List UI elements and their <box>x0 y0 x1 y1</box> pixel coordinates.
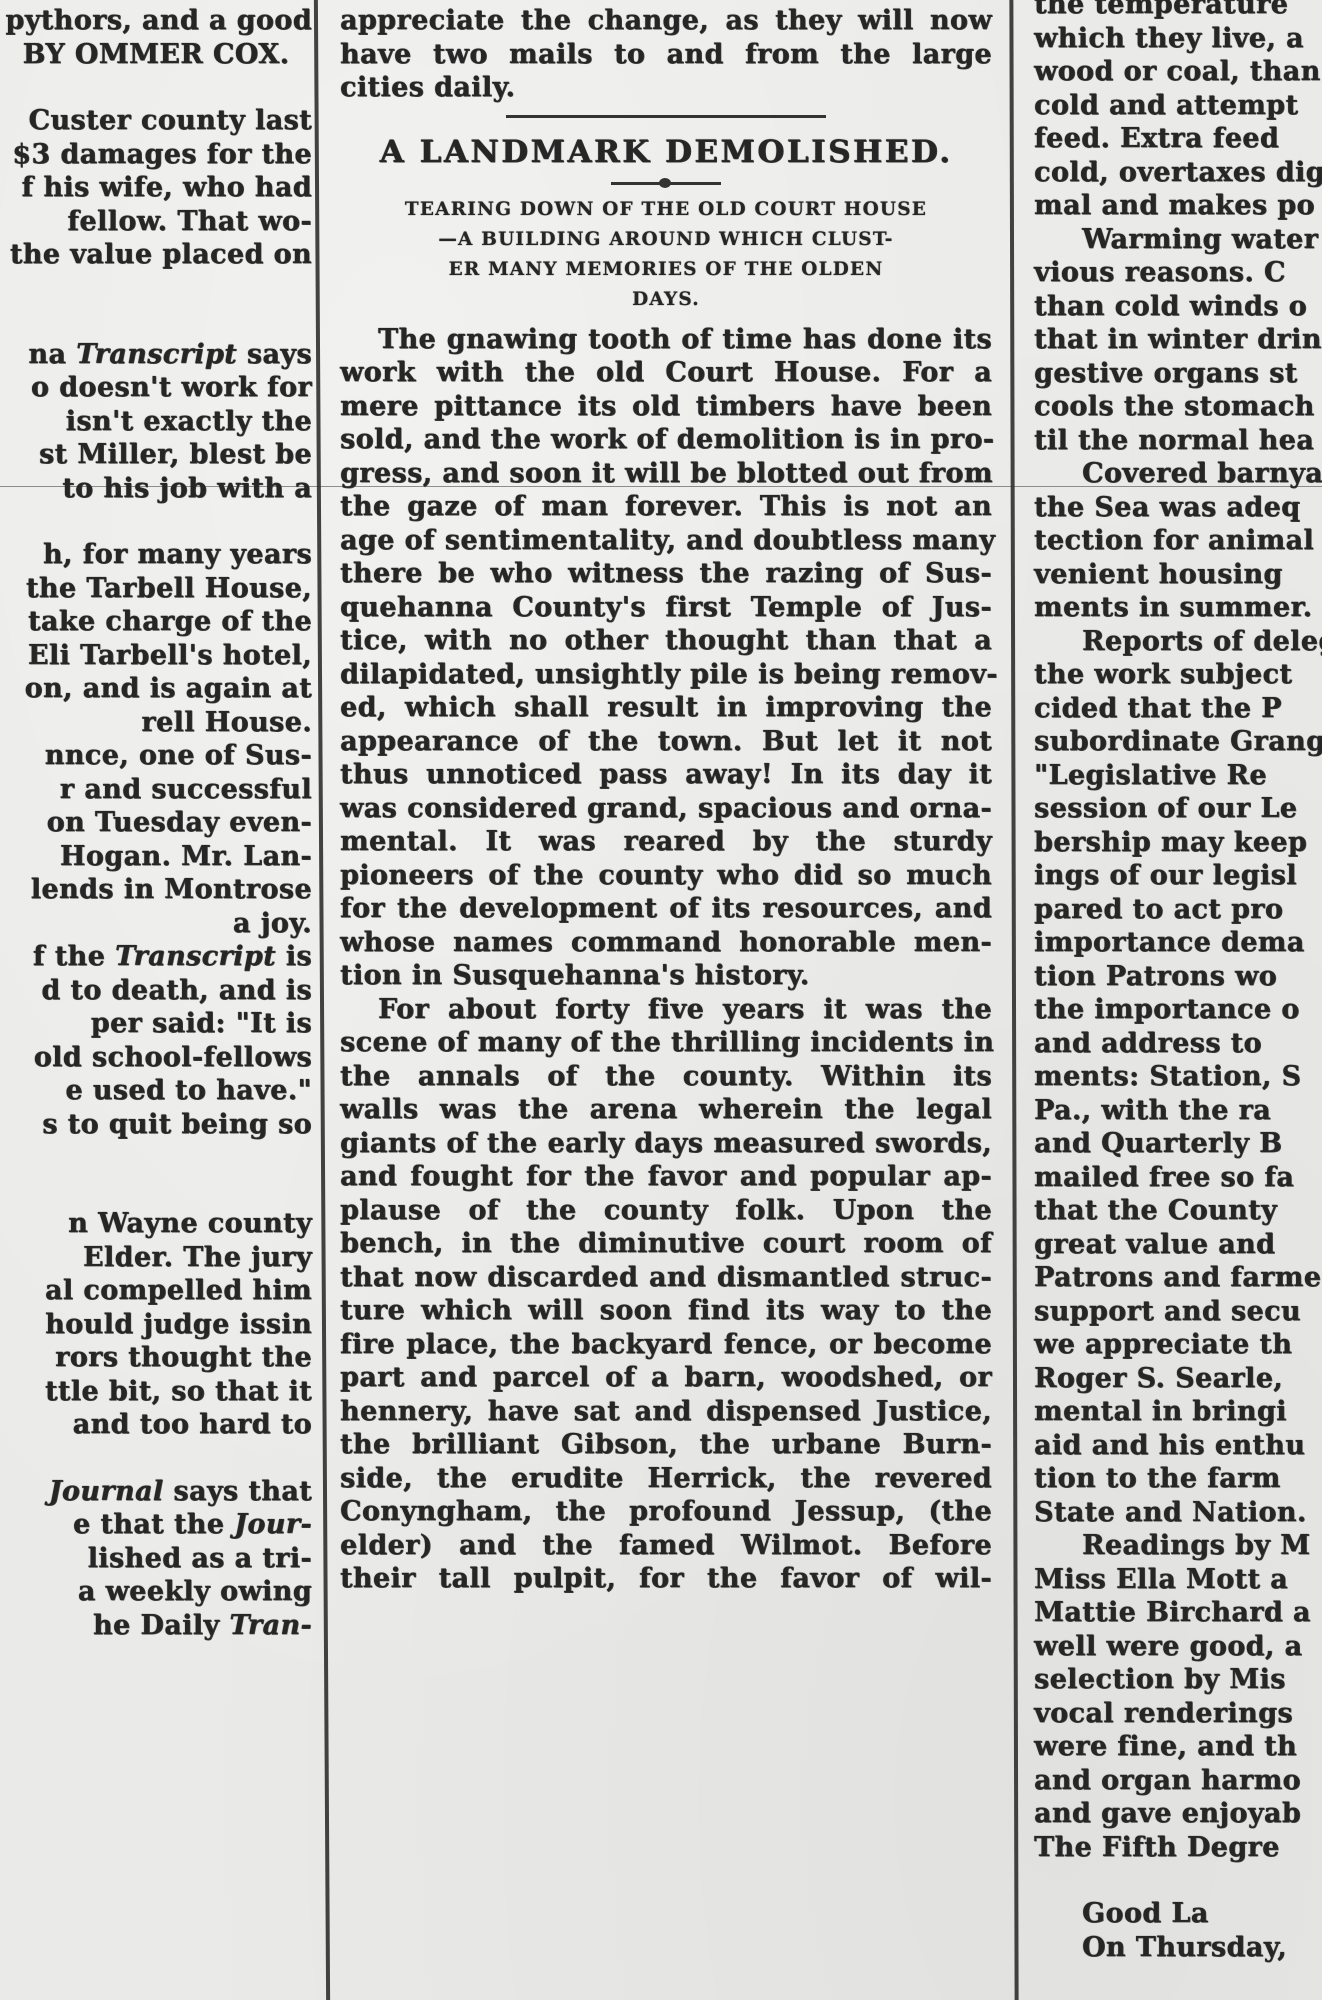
left-column-text-line: a joy. <box>0 907 318 941</box>
right-column-text-line: we appreciate th <box>1034 1328 1322 1362</box>
left-column-text-line <box>0 305 318 338</box>
article-text-line: thus unnoticed pass away! In its day it <box>340 758 992 792</box>
left-column-text-line <box>0 1141 318 1174</box>
right-column-text-line: aid and his enthu <box>1034 1429 1322 1463</box>
left-column-text-line <box>0 71 318 104</box>
left-column-text-line: take charge of the <box>0 605 318 639</box>
right-column-text-line: pared to act pro <box>1034 893 1322 927</box>
left-column-text-line: the value placed on <box>0 238 318 272</box>
article-text-line: giants of the early days measured swords… <box>340 1127 992 1161</box>
right-column: the temperaturewhich they live, awood or… <box>1026 0 1322 2000</box>
article-text-line: mere pittance its old timbers have been <box>340 390 992 424</box>
article-text-line: and fought for the favor and popular ap- <box>340 1160 992 1194</box>
left-column-text-line: $3 damages for the <box>0 138 318 172</box>
left-column-text-line: f his wife, who had <box>0 171 318 205</box>
left-column-text-line <box>0 272 318 305</box>
article-text-line: hennery, have sat and dispensed Justice, <box>340 1395 992 1429</box>
article-text-line: plause of the county folk. Upon the <box>340 1194 992 1228</box>
right-column-text-line: Warming water <box>1034 223 1322 257</box>
left-column-text-line: e used to have." <box>0 1074 318 1108</box>
article-text-line: there be who witness the razing of Sus- <box>340 557 992 591</box>
right-column-text-line: Roger S. Searle, <box>1034 1362 1322 1396</box>
article-subheadline-line: ER MANY MEMORIES OF THE OLDEN <box>340 255 992 285</box>
article-text-line: elder) and the famed Wilmot. Before <box>340 1529 992 1563</box>
right-column-text-line: Mattie Birchard a <box>1034 1596 1322 1630</box>
left-column-text-line: hould judge issin <box>0 1308 318 1342</box>
article-text-line: their tall pulpit, for the favor of wil- <box>340 1562 992 1596</box>
right-column-text-line: Patrons and farme <box>1034 1261 1322 1295</box>
article-text-line: work with the old Court House. For a <box>340 356 992 390</box>
right-column-text-line: that in winter drin <box>1034 323 1322 357</box>
article-text-line: the brilliant Gibson, the urbane Burn- <box>340 1428 992 1462</box>
right-column-text-line: venient housing <box>1034 558 1322 592</box>
right-column-text-line: and organ harmo <box>1034 1764 1322 1798</box>
right-column-text-line <box>1034 1864 1322 1897</box>
article-text-line: for the development of its resources, an… <box>340 892 992 926</box>
right-column-text-line: gestive organs st <box>1034 357 1322 391</box>
left-column-text-line: al compelled him <box>0 1274 318 1308</box>
right-column-text-line: "Legislative Re <box>1034 759 1322 793</box>
article-text-line: gress, and soon it will be blotted out f… <box>340 457 992 491</box>
article-text-line: pioneers of the county who did so much <box>340 859 992 893</box>
right-column-text-line: and gave enjoyab <box>1034 1797 1322 1831</box>
left-column-text-line: Eli Tarbell's hotel, <box>0 639 318 673</box>
right-column-text-line: the temperature <box>1034 0 1322 22</box>
right-column-text-line: State and Nation. <box>1034 1496 1322 1530</box>
right-column-text-line: cold, overtaxes dig <box>1034 156 1322 190</box>
left-column-text-line: rors thought the <box>0 1341 318 1375</box>
article-text-line: Conyngham, the profound Jessup, (the <box>340 1495 992 1529</box>
right-column-text-line: were fine, and th <box>1034 1730 1322 1764</box>
left-column-text-line: o doesn't work for <box>0 371 318 405</box>
right-column-text-line: and Quarterly B <box>1034 1127 1322 1161</box>
left-column-text-line: st Miller, blest be <box>0 438 318 472</box>
left-column-text-line <box>0 1174 318 1207</box>
article-text-line: mental. It was reared by the sturdy <box>340 825 992 859</box>
right-column-text-line: great value and <box>1034 1228 1322 1262</box>
right-column-text-line: cided that the P <box>1034 692 1322 726</box>
article-paragraph-1: The gnawing tooth of time has done itswo… <box>340 323 992 993</box>
left-column-text-line: on, and is again at <box>0 672 318 706</box>
article-text-line: ture which will soon find its way to the <box>340 1294 992 1328</box>
left-column-text-line: old school-fellows <box>0 1041 318 1075</box>
left-column-text-line: Hogan. Mr. Lan- <box>0 840 318 874</box>
column-rule-right <box>1009 0 1018 2000</box>
article-text-line: The gnawing tooth of time has done its <box>340 323 992 357</box>
left-column-text-line: per said: "It is <box>0 1007 318 1041</box>
left-column-text-line: and too hard to <box>0 1408 318 1442</box>
article-text-line: was considered grand, spacious and orna- <box>340 792 992 826</box>
left-column-lines: pythors, and a goodBY OMMER COX.Custer c… <box>0 4 318 1642</box>
lead-line: cities daily. <box>340 71 992 105</box>
right-column-text-line: bership may keep <box>1034 826 1322 860</box>
left-column-text-line: on Tuesday even- <box>0 806 318 840</box>
left-column-text-line: pythors, and a good <box>0 4 318 38</box>
left-column-text-line: na Transcript says <box>0 338 318 372</box>
right-column-lines: the temperaturewhich they live, awood or… <box>1034 0 1322 1964</box>
article-text-line: dilapidated, unsightly pile is being rem… <box>340 658 992 692</box>
article-text-line: tice, with no other thought than that a <box>340 624 992 658</box>
left-column-text-line <box>0 505 318 538</box>
article-text-line: fire place, the backyard fence, or becom… <box>340 1328 992 1362</box>
article-text-line: bench, in the diminutive court room of <box>340 1227 992 1261</box>
center-column: appreciate the change, as they will now … <box>330 0 1010 2000</box>
lead-line: appreciate the change, as they will now <box>340 4 992 38</box>
center-column-content: appreciate the change, as they will now … <box>340 4 992 1596</box>
left-column-text-line: the Tarbell House, <box>0 572 318 606</box>
right-column-text-line: ings of our legisl <box>1034 859 1322 893</box>
article-headline: A LANDMARK DEMOLISHED. <box>340 132 992 172</box>
right-column-text-line: ments: Station, S <box>1034 1060 1322 1094</box>
right-column-text-line: til the normal hea <box>1034 424 1322 458</box>
article-text-line: ed, which shall result in improving the <box>340 691 992 725</box>
newspaper-page: pythors, and a goodBY OMMER COX.Custer c… <box>0 0 1322 2000</box>
right-column-text-line: than cold winds o <box>1034 290 1322 324</box>
right-column-text-line: session of our Le <box>1034 792 1322 826</box>
right-column-text-line: mal and makes po <box>1034 189 1322 223</box>
right-column-text-line: Reports of deleg <box>1034 625 1322 659</box>
left-column-text-line: ttle bit, so that it <box>0 1375 318 1409</box>
left-column-text-line: a weekly owing <box>0 1575 318 1609</box>
article-text-line: part and parcel of a barn, woodshed, or <box>340 1361 992 1395</box>
left-column-text-line: s to quit being so <box>0 1108 318 1142</box>
right-column-text-line: vocal renderings <box>1034 1697 1322 1731</box>
right-column-text-line: tection for animal <box>1034 524 1322 558</box>
right-column-text-line: the work subject <box>1034 658 1322 692</box>
article-text-line: sold, and the work of demolition is in p… <box>340 423 992 457</box>
right-column-text-line: Covered barnya <box>1034 457 1322 491</box>
left-column-text-line: Journal says that <box>0 1475 318 1509</box>
article-text-line: that now discarded and dismantled struc- <box>340 1261 992 1295</box>
left-column-text-line: BY OMMER COX. <box>0 38 318 72</box>
article-text-line: scene of many of the thrilling incidents… <box>340 1026 992 1060</box>
right-column-text-line: mental in bringi <box>1034 1395 1322 1429</box>
left-column-text-line: f the Transcript is <box>0 940 318 974</box>
article-text-line: the gaze of man forever. This is not an <box>340 490 992 524</box>
section-separator-rule <box>506 115 826 118</box>
left-column-text-line: lished as a tri- <box>0 1542 318 1576</box>
article-subheadline-line: TEARING DOWN OF THE OLD COURT HOUSE <box>340 195 992 225</box>
right-column-text-line: subordinate Grang <box>1034 725 1322 759</box>
left-column: pythors, and a goodBY OMMER COX.Custer c… <box>0 0 318 2000</box>
left-column-text-line: r and successful <box>0 773 318 807</box>
right-column-text-line: Miss Ella Mott a <box>1034 1563 1322 1597</box>
right-column-text-line: tion to the farm <box>1034 1462 1322 1496</box>
article-text-line: the annals of the county. Within its <box>340 1060 992 1094</box>
left-column-text-line: fellow. That wo- <box>0 205 318 239</box>
right-column-text-line: The Fifth Degre <box>1034 1831 1322 1865</box>
left-column-text-line: d to death, and is <box>0 974 318 1008</box>
article-text-line: appearance of the town. But let it not <box>340 725 992 759</box>
left-column-text-line: n Wayne county <box>0 1207 318 1241</box>
right-column-text-line: which they live, a <box>1034 22 1322 56</box>
article-text-line: tion in Susquehanna's history. <box>340 959 992 993</box>
right-column-text-line: tion Patrons wo <box>1034 960 1322 994</box>
article-text-line: walls was the arena wherein the legal <box>340 1093 992 1127</box>
left-column-text-line: rell House. <box>0 706 318 740</box>
right-column-text-line: Readings by M <box>1034 1529 1322 1563</box>
right-column-text-line: ments in summer. <box>1034 591 1322 625</box>
right-column-text-line: cold and attempt <box>1034 89 1322 123</box>
left-column-text-line: lends in Montrose <box>0 873 318 907</box>
right-column-text-line: the Sea was adeq <box>1034 491 1322 525</box>
left-column-text-line: h, for many years <box>0 538 318 572</box>
article-text-line: quehanna County's first Temple of Jus- <box>340 591 992 625</box>
right-column-text-line: Good La <box>1034 1897 1322 1931</box>
lead-line: have two mails to and from the large <box>340 38 992 72</box>
right-column-text-line: support and secu <box>1034 1295 1322 1329</box>
left-column-text-line: he Daily Tran- <box>0 1609 318 1643</box>
left-column-text-line <box>0 1442 318 1475</box>
right-column-text-line: well were good, a <box>1034 1630 1322 1664</box>
right-column-text-line: feed. Extra feed <box>1034 122 1322 156</box>
left-column-text-line: Custer county last <box>0 104 318 138</box>
right-column-text-line: selection by Mis <box>1034 1663 1322 1697</box>
right-column-text-line: cools the stomach <box>1034 390 1322 424</box>
right-column-text-line: the importance o <box>1034 993 1322 1027</box>
article-text-line: side, the erudite Herrick, the revered <box>340 1462 992 1496</box>
right-column-text-line: Pa., with the ra <box>1034 1094 1322 1128</box>
article-subheadline-line: —A BUILDING AROUND WHICH CLUST- <box>340 225 992 255</box>
left-column-text-line: to his job with a <box>0 472 318 506</box>
left-column-text-line: nnce, one of Sus- <box>0 739 318 773</box>
right-column-text-line: and address to <box>1034 1027 1322 1061</box>
right-column-text-line: mailed free so fa <box>1034 1161 1322 1195</box>
article-text-line: whose names command honorable men- <box>340 926 992 960</box>
article-text-line: age of sentimentality, and doubtless man… <box>340 524 992 558</box>
right-column-text-line: wood or coal, than <box>1034 55 1322 89</box>
right-column-text-line: vious reasons. C <box>1034 256 1322 290</box>
right-column-text-line: that the County <box>1034 1194 1322 1228</box>
right-column-text-line: importance dema <box>1034 926 1322 960</box>
left-column-text-line: isn't exactly the <box>0 405 318 439</box>
left-column-text-line: Elder. The jury <box>0 1241 318 1275</box>
headline-ornament-rule <box>611 182 721 185</box>
right-column-text-line: On Thursday, <box>1034 1931 1322 1965</box>
article-subheadline-line: DAYS. <box>340 285 992 315</box>
article-paragraph-2: For about forty five years it was thesce… <box>340 993 992 1596</box>
article-text-line: For about forty five years it was the <box>340 993 992 1027</box>
left-column-text-line: e that the Jour- <box>0 1508 318 1542</box>
